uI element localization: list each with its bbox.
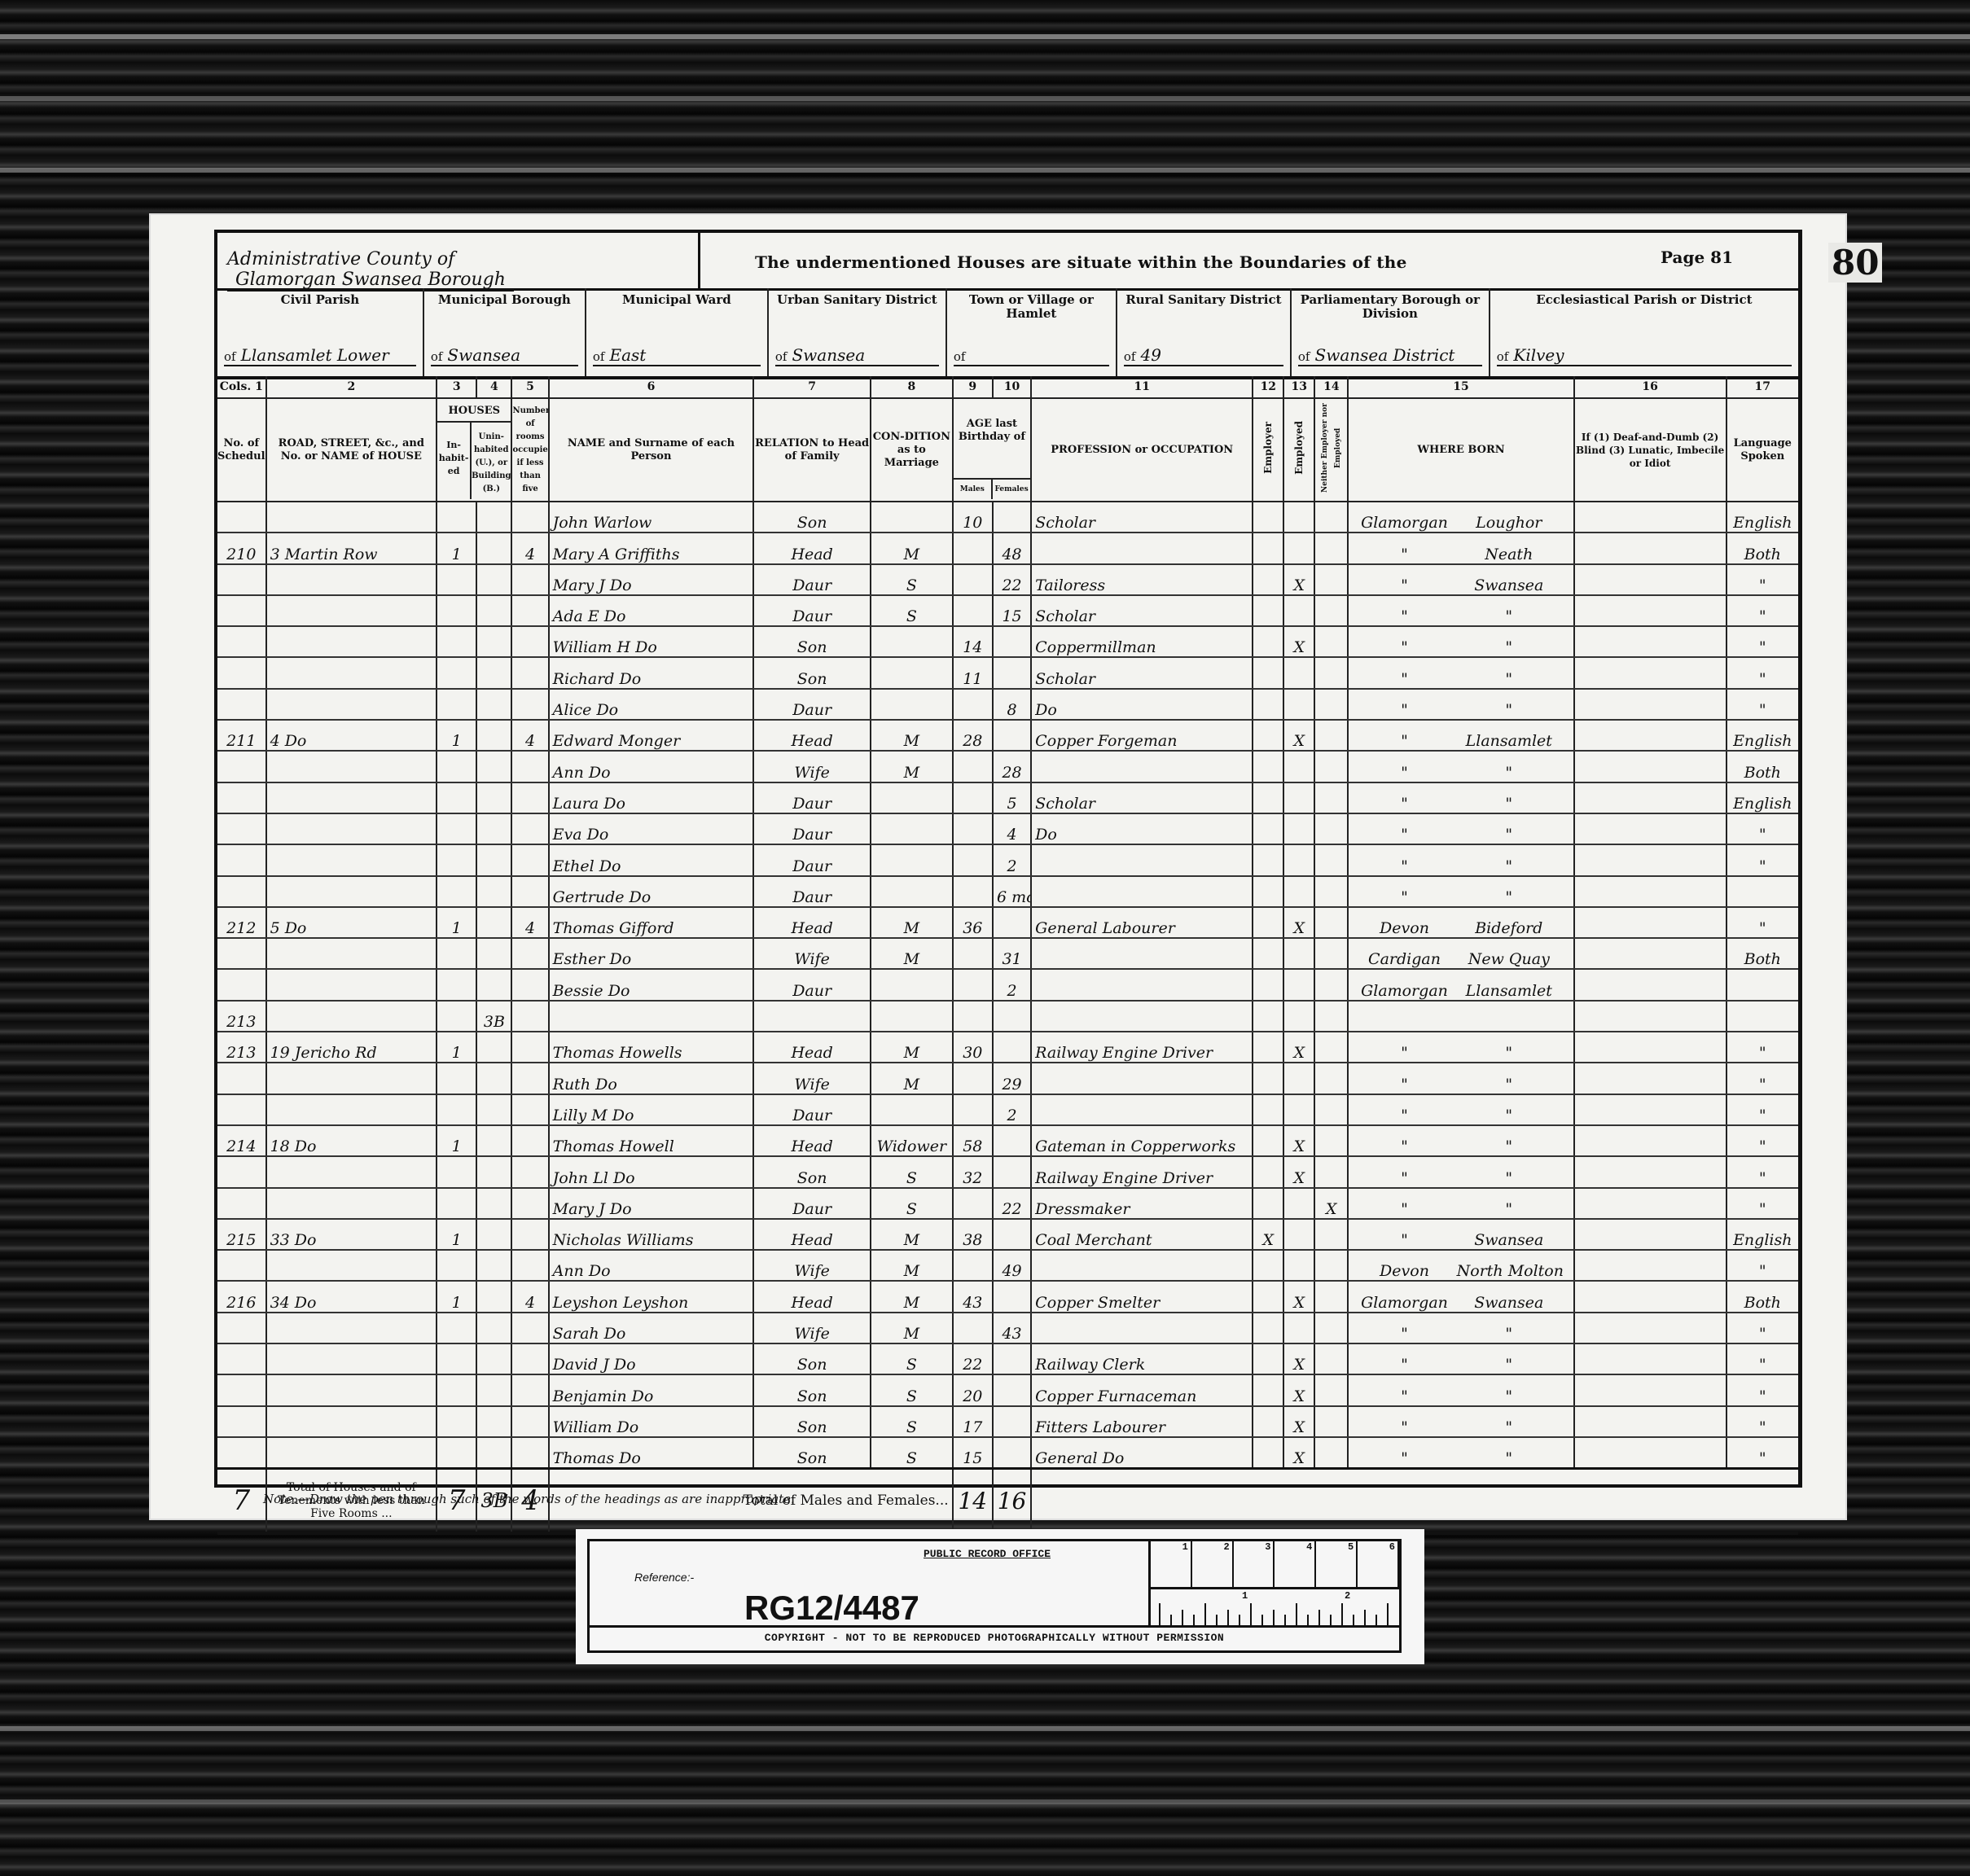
cell-occupation: [1031, 1313, 1253, 1343]
cell-name: Ethel Do: [549, 844, 754, 875]
cell-condition: M: [871, 1219, 953, 1250]
cell-schedule: [217, 844, 266, 875]
cell-relation: Daur: [753, 969, 871, 1000]
cell-language: Both: [1726, 751, 1798, 782]
column-number: 10: [993, 376, 1031, 398]
table-row: Laura DoDaur5Scholar""English: [217, 782, 1798, 813]
cm-mark: 5: [1316, 1541, 1358, 1587]
cell-schedule: [217, 813, 266, 844]
cell-schedule: [217, 1250, 266, 1281]
cell-uninh: [476, 1343, 511, 1374]
born-place: ": [1457, 1107, 1561, 1124]
cell-schedule: 213: [217, 1032, 266, 1063]
column-number: 17: [1726, 376, 1798, 398]
cell-road: [266, 844, 437, 875]
cell-condition: M: [871, 1032, 953, 1063]
cell-female-age: 48: [993, 533, 1031, 563]
cell-rooms: [511, 626, 548, 657]
cell-road: [266, 1343, 437, 1374]
cell-condition: S: [871, 1188, 953, 1219]
cell-neither: [1314, 782, 1348, 813]
cell-uninh: [476, 844, 511, 875]
cell-relation: Son: [753, 626, 871, 657]
table-row: Ada E DoDaurS15Scholar""": [217, 595, 1798, 626]
scale-ruler: 123456 12: [1148, 1541, 1399, 1628]
cell-language: ": [1726, 1063, 1798, 1094]
cell-name: Esther Do: [549, 938, 754, 969]
division-civil-parish: Civil Parish ofLlansamlet Lower: [217, 288, 424, 376]
cell-name: William Do: [549, 1406, 754, 1437]
born-county: ": [1352, 732, 1456, 750]
cell-rooms: [511, 782, 548, 813]
born-place: Swansea: [1457, 1294, 1561, 1312]
header-relation: RELATION to Head of Family: [753, 398, 871, 502]
cell-inh: [437, 626, 476, 657]
table-row: John WarlowSon10ScholarGlamorganLoughorE…: [217, 502, 1798, 533]
cell-road: 19 Jericho Rd: [266, 1032, 437, 1063]
cell-name: Laura Do: [549, 782, 754, 813]
born-county: ": [1352, 1137, 1456, 1155]
cell-born: "": [1348, 1374, 1573, 1405]
cell-employer: [1253, 751, 1283, 782]
division-value: of: [954, 345, 1109, 366]
cell-born: GlamorganLlansamlet: [1348, 969, 1573, 1000]
cell-female-age: 8: [993, 689, 1031, 720]
cell-schedule: 213: [217, 1001, 266, 1032]
cell-uninh: [476, 1406, 511, 1437]
cell-male-age: [953, 969, 993, 1000]
cell-rooms: [511, 1374, 548, 1405]
cell-rooms: [511, 1156, 548, 1187]
division-municipal-ward: Municipal Ward ofEast: [586, 288, 769, 376]
division-title: Parliamentary Borough or Division: [1292, 293, 1489, 321]
born-county: ": [1352, 701, 1456, 719]
cell-relation: Wife: [753, 1063, 871, 1094]
table-row: 2125 Do14Thomas GiffordHeadM36General La…: [217, 907, 1798, 938]
header-employer: Employer: [1253, 398, 1283, 502]
cell-employer: [1253, 813, 1283, 844]
cell-infirmity: [1574, 1188, 1726, 1219]
copyright-notice: COPYRIGHT - NOT TO BE REPRODUCED PHOTOGR…: [590, 1625, 1399, 1650]
cell-relation: Daur: [753, 689, 871, 720]
cell-neither: [1314, 1219, 1348, 1250]
cell-female-age: 2: [993, 844, 1031, 875]
header-females: Females: [993, 480, 1030, 499]
cell-neither: [1314, 1125, 1348, 1156]
cell-employed: X: [1283, 626, 1314, 657]
cell-male-age: 32: [953, 1156, 993, 1187]
cell-condition: S: [871, 1374, 953, 1405]
cell-inh: 1: [437, 1219, 476, 1250]
cell-road: [266, 813, 437, 844]
cm-mark: 2: [1192, 1541, 1234, 1587]
cell-road: [266, 564, 437, 595]
cell-born: GlamorganLoughor: [1348, 502, 1573, 533]
division-parliamentary-borough-or-division: Parliamentary Borough or Division ofSwan…: [1292, 288, 1490, 376]
cell-occupation: [1031, 876, 1253, 907]
cell-infirmity: [1574, 876, 1726, 907]
cell-road: 34 Do: [266, 1281, 437, 1312]
header-inhabited: In-habit-ed: [437, 423, 472, 499]
cell-employed: X: [1283, 1343, 1314, 1374]
cell-rooms: [511, 1219, 548, 1250]
column-headers-row: No. of Schedule ROAD, STREET, &c., and N…: [217, 398, 1798, 502]
cell-occupation: Gateman in Copperworks: [1031, 1125, 1253, 1156]
column-number: 4: [476, 376, 511, 398]
cell-born: "": [1348, 1156, 1573, 1187]
cell-neither: [1314, 689, 1348, 720]
born-county: ": [1352, 795, 1456, 813]
cell-born: "": [1348, 689, 1573, 720]
cell-female-age: 28: [993, 751, 1031, 782]
division-value: ofSwansea: [431, 345, 578, 366]
division-value: ofKilvey: [1497, 345, 1792, 366]
cell-employed: [1283, 751, 1314, 782]
cell-male-age: [953, 1313, 993, 1343]
cell-inh: [437, 595, 476, 626]
cell-language: ": [1726, 1032, 1798, 1063]
cell-inh: [437, 1437, 476, 1469]
born-county: ": [1352, 546, 1456, 563]
table-row: Mary J DoDaurS22DressmakerX""": [217, 1188, 1798, 1219]
cell-language: English: [1726, 1219, 1798, 1250]
cell-infirmity: [1574, 844, 1726, 875]
cell-relation: Daur: [753, 782, 871, 813]
cell-employer: [1253, 1188, 1283, 1219]
cell-inh: 1: [437, 1281, 476, 1312]
cell-employer: [1253, 782, 1283, 813]
cell-female-age: 22: [993, 1188, 1031, 1219]
table-row: David J DoSonS22Railway ClerkX""": [217, 1343, 1798, 1374]
cell-born: "Neath: [1348, 533, 1573, 563]
ruler-tick: [1387, 1603, 1389, 1628]
division-urban-sanitary-district: Urban Sanitary District ofSwansea: [769, 288, 947, 376]
division-title: Municipal Ward: [586, 293, 767, 307]
cell-male-age: [953, 813, 993, 844]
cell-language: English: [1726, 720, 1798, 751]
cell-occupation: [1031, 1094, 1253, 1125]
table-row: Ann DoWifeM49DevonNorth Molton": [217, 1250, 1798, 1281]
cell-male-age: [953, 533, 993, 563]
page-number: Page 81: [1661, 248, 1733, 267]
cell-employer: [1253, 595, 1283, 626]
boundaries-text: The undermentioned Houses are situate wi…: [755, 252, 1407, 272]
cell-relation: Son: [753, 1406, 871, 1437]
column-number: 12: [1253, 376, 1283, 398]
cell-infirmity: [1574, 813, 1726, 844]
table-row: 21634 Do14Leyshon LeyshonHeadM43Copper S…: [217, 1281, 1798, 1312]
table-row: Ruth DoWifeM29""": [217, 1063, 1798, 1094]
cell-road: 18 Do: [266, 1125, 437, 1156]
cell-language: ": [1726, 657, 1798, 688]
cell-relation: Wife: [753, 751, 871, 782]
cell-uninh: [476, 813, 511, 844]
cell-employer: [1253, 1406, 1283, 1437]
cell-female-age: 2: [993, 969, 1031, 1000]
cell-born: "": [1348, 844, 1573, 875]
cell-condition: S: [871, 1343, 953, 1374]
table-row: Mary J DoDaurS22TailoressX"Swansea": [217, 564, 1798, 595]
cell-employed: X: [1283, 1156, 1314, 1187]
cell-neither: [1314, 1156, 1348, 1187]
cell-occupation: [1031, 938, 1253, 969]
cell-rooms: [511, 876, 548, 907]
cell-infirmity: [1574, 1343, 1726, 1374]
cell-employer: [1253, 1437, 1283, 1469]
cell-occupation: Scholar: [1031, 782, 1253, 813]
administrative-county-label: Administrative County of: [227, 249, 454, 270]
cell-name: Lilly M Do: [549, 1094, 754, 1125]
cell-male-age: [953, 1094, 993, 1125]
column-number: 2: [266, 376, 437, 398]
cell-employer: [1253, 657, 1283, 688]
cell-schedule: [217, 1094, 266, 1125]
cell-schedule: [217, 1313, 266, 1343]
cell-relation: Head: [753, 907, 871, 938]
cell-employed: [1283, 1188, 1314, 1219]
cell-employer: [1253, 907, 1283, 938]
cell-road: [266, 782, 437, 813]
born-place: Neath: [1457, 546, 1561, 563]
born-county: ": [1352, 857, 1456, 875]
cell-uninh: [476, 1250, 511, 1281]
cell-rooms: [511, 1406, 548, 1437]
reference-label: Reference:-: [634, 1571, 694, 1584]
born-place: ": [1457, 857, 1561, 875]
born-place: ": [1457, 1044, 1561, 1062]
cell-employer: [1253, 689, 1283, 720]
cell-inh: 1: [437, 907, 476, 938]
cell-born: "Llansamlet: [1348, 720, 1573, 751]
cell-inh: [437, 813, 476, 844]
cell-rooms: [511, 502, 548, 533]
born-county: ": [1352, 1200, 1456, 1218]
cell-relation: Head: [753, 533, 871, 563]
cell-occupation: Do: [1031, 689, 1253, 720]
cell-female-age: [993, 720, 1031, 751]
cell-occupation: General Do: [1031, 1437, 1253, 1469]
cell-rooms: [511, 1250, 548, 1281]
cell-born: "": [1348, 1063, 1573, 1094]
cell-uninh: [476, 1437, 511, 1469]
cell-inh: [437, 1343, 476, 1374]
cell-schedule: [217, 595, 266, 626]
cell-name: Ann Do: [549, 1250, 754, 1281]
born-county: Devon: [1352, 1262, 1456, 1280]
cell-employed: [1283, 1250, 1314, 1281]
cell-occupation: [1031, 969, 1253, 1000]
column-number: 5: [511, 376, 548, 398]
born-county: ": [1352, 670, 1456, 688]
born-place: ": [1457, 607, 1561, 625]
cell-name: Sarah Do: [549, 1313, 754, 1343]
cell-occupation: [1031, 533, 1253, 563]
cm-mark: 4: [1275, 1541, 1316, 1587]
administrative-county-box: Administrative County of Glamorgan Swans…: [217, 233, 700, 288]
ruler-tick: [1341, 1603, 1343, 1628]
cell-name: David J Do: [549, 1343, 754, 1374]
cell-employed: X: [1283, 564, 1314, 595]
cell-born: "": [1348, 1406, 1573, 1437]
cell-rooms: [511, 1343, 548, 1374]
cell-language: [1726, 876, 1798, 907]
division-value: ofSwansea District: [1298, 345, 1482, 366]
cell-name: Nicholas Williams: [549, 1219, 754, 1250]
cell-female-age: [993, 1156, 1031, 1187]
cell-relation: Daur: [753, 595, 871, 626]
cell-rooms: [511, 1001, 548, 1032]
cell-road: 4 Do: [266, 720, 437, 751]
cell-language: English: [1726, 502, 1798, 533]
cell-infirmity: [1574, 720, 1726, 751]
cell-inh: [437, 969, 476, 1000]
header-age: AGE last Birthday of Males Females: [953, 398, 1032, 502]
cell-rooms: [511, 751, 548, 782]
cell-female-age: [993, 1374, 1031, 1405]
cell-schedule: [217, 1063, 266, 1094]
cell-neither: [1314, 938, 1348, 969]
cell-inh: [437, 1001, 476, 1032]
cell-occupation: [1031, 751, 1253, 782]
cell-relation: Wife: [753, 1313, 871, 1343]
column-number: 9: [953, 376, 993, 398]
cell-condition: [871, 969, 953, 1000]
cm-scale: 123456: [1151, 1541, 1399, 1589]
cell-language: ": [1726, 1188, 1798, 1219]
cell-male-age: 10: [953, 502, 993, 533]
cell-neither: [1314, 1437, 1348, 1469]
cell-employed: [1283, 1094, 1314, 1125]
cell-neither: [1314, 1343, 1348, 1374]
division-ecclesiastical-parish-or-district: Ecclesiastical Parish or District ofKilv…: [1490, 288, 1798, 376]
cell-neither: [1314, 1032, 1348, 1063]
cell-employer: [1253, 533, 1283, 563]
cell-schedule: [217, 1406, 266, 1437]
column-numbers-row: Cols. 1234567891011121314151617: [217, 376, 1798, 398]
cell-infirmity: [1574, 1313, 1726, 1343]
cell-name: Bessie Do: [549, 969, 754, 1000]
table-row: Alice DoDaur8Do""": [217, 689, 1798, 720]
cell-employer: [1253, 564, 1283, 595]
born-county: ": [1352, 638, 1456, 656]
cell-rooms: [511, 938, 548, 969]
cell-infirmity: [1574, 1250, 1726, 1281]
cell-uninh: [476, 720, 511, 751]
cell-rooms: [511, 969, 548, 1000]
cell-rooms: [511, 689, 548, 720]
cell-road: [266, 1374, 437, 1405]
total-males: 14: [953, 1469, 993, 1534]
cell-language: ": [1726, 689, 1798, 720]
cell-female-age: [993, 502, 1031, 533]
born-county: ": [1352, 888, 1456, 906]
cell-relation: Head: [753, 1125, 871, 1156]
ruler-tick: [1250, 1603, 1252, 1628]
division-title: Rural Sanitary District: [1117, 293, 1290, 307]
column-number: 15: [1348, 376, 1573, 398]
cell-employer: [1253, 1250, 1283, 1281]
cell-born: "": [1348, 876, 1573, 907]
cell-employer: [1253, 844, 1283, 875]
cell-rooms: [511, 1437, 548, 1469]
cell-male-age: [953, 689, 993, 720]
cell-born: "": [1348, 1188, 1573, 1219]
cell-female-age: [993, 1001, 1031, 1032]
header-uninhabited: Unin-habited (U.), or Building (B.): [472, 423, 511, 499]
born-county: ": [1352, 1356, 1456, 1374]
cell-uninh: [476, 595, 511, 626]
cell-uninh: [476, 1188, 511, 1219]
cell-road: [266, 502, 437, 533]
column-number: Cols. 1: [217, 376, 266, 398]
cell-rooms: [511, 1063, 548, 1094]
division-town-or-village-or-hamlet: Town or Village or Hamlet of: [947, 288, 1117, 376]
cell-occupation: Railway Clerk: [1031, 1343, 1253, 1374]
cell-name: Mary A Griffiths: [549, 533, 754, 563]
cell-language: ": [1726, 1374, 1798, 1405]
cell-inh: [437, 1250, 476, 1281]
cell-uninh: [476, 1219, 511, 1250]
cell-uninh: [476, 1032, 511, 1063]
cell-schedule: [217, 1156, 266, 1187]
cell-neither: [1314, 907, 1348, 938]
born-place: ": [1457, 1418, 1561, 1436]
cell-uninh: [476, 689, 511, 720]
cell-employer: [1253, 720, 1283, 751]
cell-infirmity: [1574, 1374, 1726, 1405]
cell-uninh: [476, 1125, 511, 1156]
cell-condition: S: [871, 1156, 953, 1187]
cell-employer: [1253, 1001, 1283, 1032]
cell-name: Gertrude Do: [549, 876, 754, 907]
table-row: Gertrude DoDaur6 mo"": [217, 876, 1798, 907]
cell-occupation: Scholar: [1031, 595, 1253, 626]
header-condition: CON-DITION as to Marriage: [871, 398, 953, 502]
cell-male-age: [953, 751, 993, 782]
cell-employed: X: [1283, 1032, 1314, 1063]
cell-born: "": [1348, 1094, 1573, 1125]
cell-uninh: [476, 1094, 511, 1125]
cell-road: [266, 1188, 437, 1219]
cell-relation: Head: [753, 1219, 871, 1250]
cell-employer: [1253, 626, 1283, 657]
cell-male-age: 22: [953, 1343, 993, 1374]
cell-rooms: [511, 595, 548, 626]
cell-inh: 1: [437, 1032, 476, 1063]
cell-neither: [1314, 502, 1348, 533]
division-municipal-borough: Municipal Borough ofSwansea: [424, 288, 586, 376]
cell-road: [266, 1313, 437, 1343]
cell-occupation: Fitters Labourer: [1031, 1406, 1253, 1437]
form-note: Note.—Draw the pen through such of the w…: [263, 1492, 795, 1506]
header-name: NAME and Surname of each Person: [549, 398, 754, 502]
cell-employed: X: [1283, 1437, 1314, 1469]
division-value: ofEast: [593, 345, 761, 366]
cell-inh: [437, 1188, 476, 1219]
cell-condition: [871, 626, 953, 657]
cell-name: Mary J Do: [549, 1188, 754, 1219]
cell-born: "": [1348, 813, 1573, 844]
cell-employer: [1253, 1281, 1283, 1312]
born-county: Glamorgan: [1352, 982, 1456, 1000]
cell-female-age: [993, 626, 1031, 657]
born-place: Bideford: [1457, 919, 1561, 937]
column-number: 16: [1574, 376, 1726, 398]
cell-language: ": [1726, 626, 1798, 657]
cell-language: [1726, 969, 1798, 1000]
cell-language: ": [1726, 907, 1798, 938]
cell-infirmity: [1574, 938, 1726, 969]
